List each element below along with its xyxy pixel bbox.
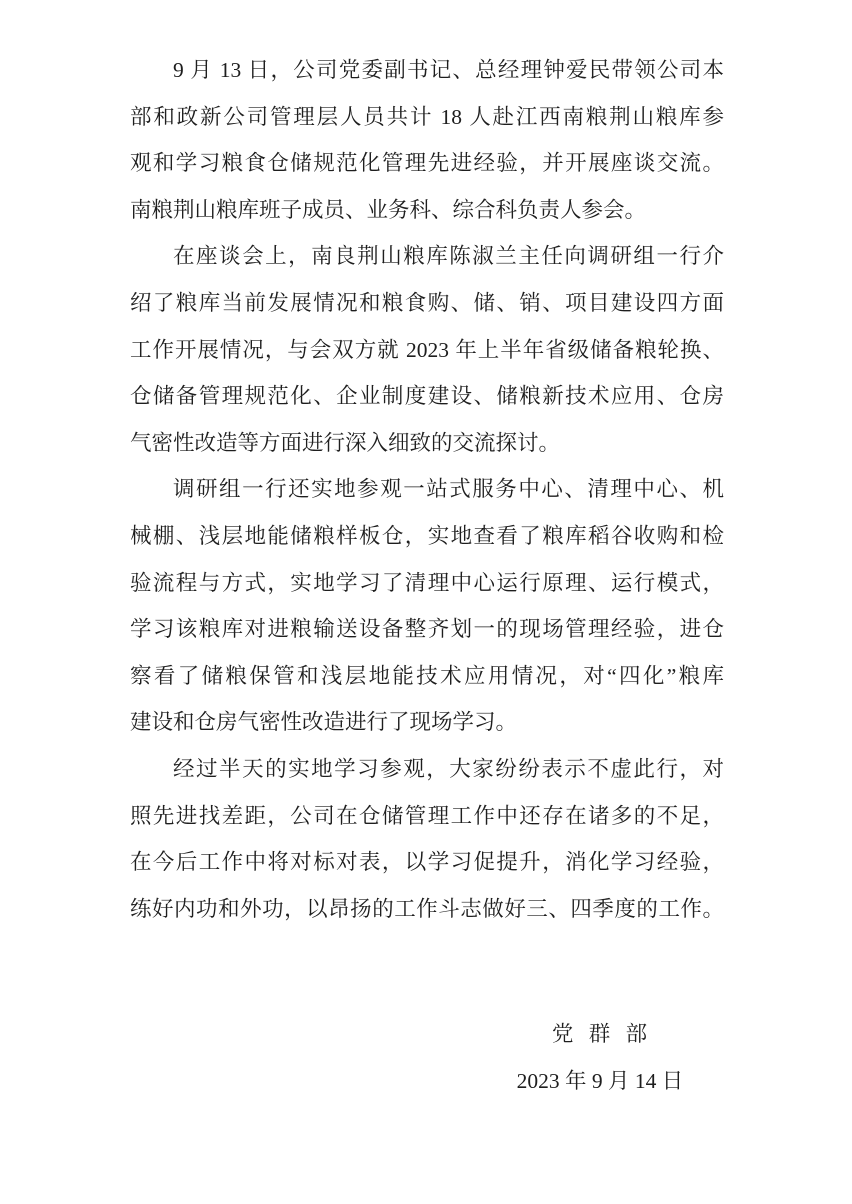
paragraph-3: 调研组一行还实地参观一站式服务中心、清理中心、机 械棚、浅层地能储粮样板仓，实地… [130, 466, 724, 746]
paragraph-2: 在座谈会上，南良荆山粮库陈淑兰主任向调研组一行介 绍了粮库当前发展情况和粮食购、… [130, 233, 724, 466]
signature-department: 党 群 部 [450, 1011, 750, 1058]
signature-block: 党 群 部 2023 年 9 月 14 日 [450, 1011, 750, 1104]
paragraph-1: 9 月 13 日，公司党委副书记、总经理钟爱民带领公司本 部和政新公司管理层人员… [130, 47, 724, 233]
paragraph-1-line-1: 9 月 13 日，公司党委副书记、总经理钟爱民带领公司本 [130, 47, 724, 94]
paragraph-1-line-3: 观和学习粮食仓储规范化管理先进经验，并开展座谈交流。 [130, 140, 724, 187]
paragraph-3-line-6: 建设和仓房气密性改造进行了现场学习。 [130, 699, 724, 746]
paragraph-2-line-4: 仓储备管理规范化、企业制度建设、储粮新技术应用、仓房 [130, 373, 724, 420]
paragraph-3-line-2: 械棚、浅层地能储粮样板仓，实地查看了粮库稻谷收购和检 [130, 513, 724, 560]
signature-date: 2023 年 9 月 14 日 [450, 1058, 750, 1105]
paragraph-2-line-3: 工作开展情况，与会双方就 2023 年上半年省级储备粮轮换、 [130, 327, 724, 374]
paragraph-4-line-3: 在今后工作中将对标对表，以学习促提升，消化学习经验， [130, 839, 724, 886]
paragraph-3-line-1: 调研组一行还实地参观一站式服务中心、清理中心、机 [130, 466, 724, 513]
paragraph-4-line-1: 经过半天的实地学习参观，大家纷纷表示不虚此行，对 [130, 746, 724, 793]
paragraph-2-line-5: 气密性改造等方面进行深入细致的交流探讨。 [130, 420, 724, 467]
document-body: 9 月 13 日，公司党委副书记、总经理钟爱民带领公司本 部和政新公司管理层人员… [130, 47, 724, 1104]
document-page: 9 月 13 日，公司党委副书记、总经理钟爱民带领公司本 部和政新公司管理层人员… [0, 0, 852, 1204]
paragraph-3-line-3: 验流程与方式，实地学习了清理中心运行原理、运行模式， [130, 560, 724, 607]
paragraph-1-line-4: 南粮荆山粮库班子成员、业务科、综合科负责人参会。 [130, 187, 724, 234]
paragraph-4-line-4: 练好内功和外功，以昂扬的工作斗志做好三、四季度的工作。 [130, 886, 724, 933]
paragraph-4: 经过半天的实地学习参观，大家纷纷表示不虚此行，对 照先进找差距，公司在仓储管理工… [130, 746, 724, 932]
paragraph-2-line-2: 绍了粮库当前发展情况和粮食购、储、销、项目建设四方面 [130, 280, 724, 327]
paragraph-1-line-2: 部和政新公司管理层人员共计 18 人赴江西南粮荆山粮库参 [130, 94, 724, 141]
paragraph-3-line-5: 察看了储粮保管和浅层地能技术应用情况，对“四化”粮库 [130, 653, 724, 700]
paragraph-4-line-2: 照先进找差距，公司在仓储管理工作中还存在诸多的不足， [130, 793, 724, 840]
paragraph-2-line-1: 在座谈会上，南良荆山粮库陈淑兰主任向调研组一行介 [130, 233, 724, 280]
paragraph-3-line-4: 学习该粮库对进粮输送设备整齐划一的现场管理经验，进仓 [130, 606, 724, 653]
